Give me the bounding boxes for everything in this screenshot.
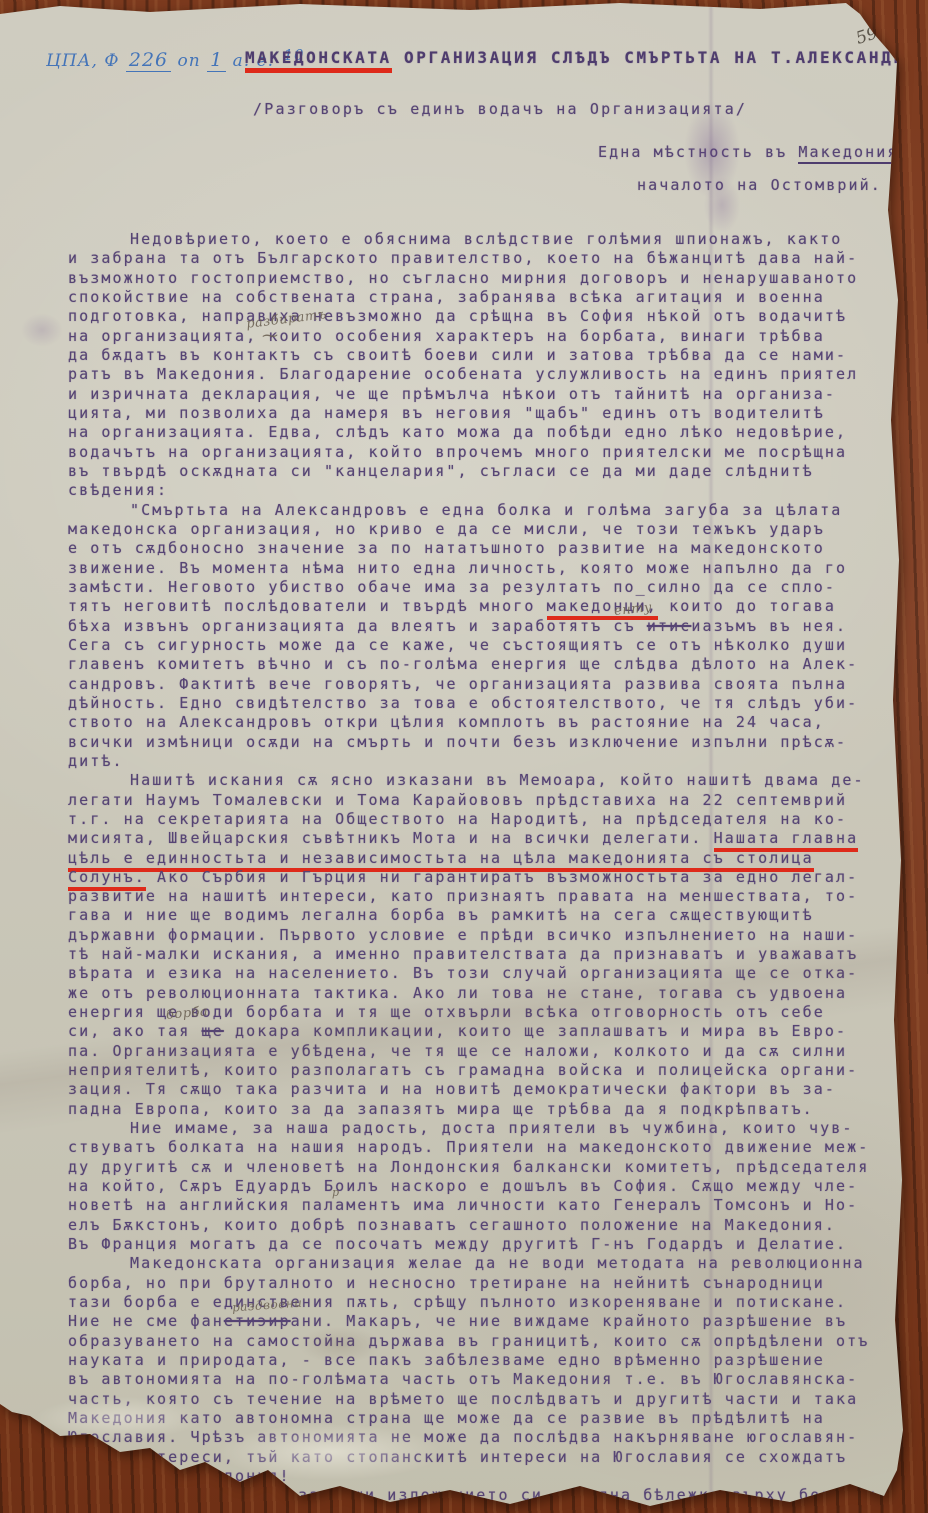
archive-fond-number: 226	[126, 49, 171, 72]
document-line: вѣрата и езика на населението. Въ този с…	[68, 964, 877, 983]
title-underlined-word: МАКЕДОНСКАТА	[245, 48, 392, 73]
document-line-with-red-underline: тятъ неговитѣ послѣдователи и твърдѣ мно…	[68, 597, 877, 616]
document-line: Македонската организация желае да не вод…	[68, 1254, 877, 1273]
title-rest: ОРГАНИЗАЦИЯ СЛѢДЪ СМЪРТЬТА НА Т.АЛЕКСАНД…	[392, 48, 928, 67]
document-line: гава и ние ще водимъ легална борба въ ра…	[68, 906, 877, 925]
document-line: дѣйность. Едно свидѣтелство за това е об…	[68, 694, 877, 713]
archive-stamp-text: ЦПА, Ф	[46, 51, 119, 71]
document-line-with-strikethrough: бѣха извънъ организацията да влеятъ и за…	[68, 617, 877, 636]
document-line: "Смъртьта на Александровъ е една болка и…	[68, 501, 877, 520]
document-line: Югославия. Чрѣзъ автономията не може да …	[68, 1428, 877, 1447]
document-line: звижение. Въ момента нѣма нито една личн…	[68, 559, 877, 578]
document-body: Недовѣрието, което е обяснима вслѣдствие…	[68, 230, 877, 1506]
document-line: Сега съ сигурность може да се каже, че с…	[68, 636, 877, 655]
document-line: ду другитѣ сѫ и членоветѣ на Лондонския …	[68, 1158, 877, 1177]
line-segment: ани. Макаръ, че ние виждаме крайното раз…	[291, 1312, 848, 1330]
line-segment: иазъмъ въ нея.	[691, 617, 847, 635]
dateline-date: началото на Остомврий.	[637, 176, 882, 194]
struck-text: ще	[202, 1022, 224, 1040]
document-line: борба, но при бруталното и несносно трет…	[68, 1274, 877, 1293]
struck-text: итис	[647, 617, 692, 635]
dateline-place-underlined: Македония	[798, 143, 898, 164]
line-segment: Ние не сме фан	[68, 1312, 224, 1330]
document-line: да бѫдатъ въ контактъ съ своитѣ боеви си…	[68, 346, 877, 365]
document-line: развитие на нашитѣ интереси, като призна…	[68, 887, 877, 906]
line-segment: мисията, Швейцарския съвѣтникъ Мота и на…	[68, 829, 714, 847]
document-line: тази борба е единствения пѫть, срѣщу пъл…	[68, 1293, 877, 1312]
dateline-place: Една мѣстность въ Македония	[598, 143, 899, 161]
document-line: скитѣ интереси, тъй като стопанскитѣ инт…	[68, 1448, 877, 1467]
document-line: македонска организация, но криво е да се…	[68, 520, 877, 539]
document-line-with-strikethrough: си, ако тая ще докара компликации, които…	[68, 1022, 877, 1041]
document-line: замѣсти. Неговото убиство обаче има за р…	[68, 578, 877, 597]
document-line: легати Наумъ Томалевски и Тома Карайовов…	[68, 791, 877, 810]
document-line: зация. Тя сѫщо така разчита и на новитѣ …	[68, 1080, 877, 1099]
document-line: новетѣ на английския паламентъ има лично…	[68, 1196, 877, 1215]
document-line: на който, Сѫръ Едуардъ Боилъ наскоро е д…	[68, 1177, 877, 1196]
document-line: водачътъ на организацията, който впрочем…	[68, 443, 877, 462]
document-line: Въ Франция могатъ да се посочатъ между д…	[68, 1235, 877, 1254]
document-line: падна Европа, които за да запазятъ мира …	[68, 1100, 877, 1119]
document-line: неприятелитѣ, които разполагатъ съ грама…	[68, 1061, 877, 1080]
document-line-with-red-underline: цѣль е единностьта и независимостьта на …	[68, 849, 877, 868]
document-line: всички измѣници осѫди на смърть и почти …	[68, 733, 877, 752]
line-segment: си, ако тая	[68, 1022, 202, 1040]
document-title: МАКЕДОНСКАТА ОРГАНИЗАЦИЯ СЛѢДЪ СМЪРТЬТА …	[245, 48, 928, 67]
document-line: Ние имаме, за наша радость, доста прияте…	[68, 1119, 877, 1138]
line-segment: които до тогава	[658, 597, 836, 615]
document-line-with-strikethrough: Ние не сме фанетиэирани. Макаръ, че ние …	[68, 1312, 877, 1331]
line-segment: тятъ неговитѣ послѣдователи и твърдѣ мно…	[68, 597, 547, 615]
document-line: въ автономията на по-голѣмата часть отъ …	[68, 1370, 877, 1389]
document-line: на организацията, които особения характе…	[68, 327, 877, 346]
document-line: Недовѣрието, което е обяснима вслѣдствие…	[68, 230, 877, 249]
line-segment: Ако Сърбия и Гърция ни гарантиратъ възмо…	[146, 868, 858, 886]
line-segment: бѣха извънъ организацията да влеятъ и за…	[68, 617, 647, 635]
document-line: ратъ въ Македония. Благодарение особенат…	[68, 365, 877, 384]
document-line: дитѣ.	[68, 752, 877, 771]
document-line: тѣ най-малки искания, а именно правителс…	[68, 945, 877, 964]
document-line: на организацията. Едва, слѣдъ като можа …	[68, 423, 877, 442]
document-page-wrapper: ЦПА, Ф 226 оп 1 а. е. 10 59 МАКЕДОНСКАТА…	[0, 0, 928, 1513]
document-line: ството на Александровъ откри цѣлия компл…	[68, 713, 877, 732]
document-line: Македония като автономна страна ще може …	[68, 1409, 877, 1428]
archive-opis-label: оп	[178, 51, 201, 71]
pencil-inserted-letter: р	[332, 1186, 340, 1199]
struck-text: етиэир	[224, 1312, 291, 1330]
document-line: е отъ сѫдбоносно значение за по нататъшн…	[68, 539, 877, 558]
document-closing-line: Водачътъ завърши изложението си съ една …	[68, 1486, 877, 1505]
document-line: спокойствие на собствената страна, забра…	[68, 288, 877, 307]
document-line: часть, която съ течение на врѣмето ще по…	[68, 1390, 877, 1409]
document-line: же отъ революционната тактика. Ако ли то…	[68, 984, 877, 1003]
document-line: и забрана та отъ Българското правителств…	[68, 249, 877, 268]
document-line: ствуватъ болката на нашия народъ. Прияте…	[68, 1138, 877, 1157]
document-line: сандровъ. Фактитѣ вече говорятъ, че орга…	[68, 675, 877, 694]
document-line: образуването на самостойна държава въ гр…	[68, 1332, 877, 1351]
document-line: па. Организацията е убѣдена, че тя ще се…	[68, 1042, 877, 1061]
document-line: държавни формации. Първото условие е прѣ…	[68, 926, 877, 945]
document-page: ЦПА, Ф 226 оп 1 а. е. 10 59 МАКЕДОНСКАТА…	[0, 0, 928, 1513]
document-line: т.г. на секретарията на Обществото на На…	[68, 810, 877, 829]
document-line: свѣдения:	[68, 481, 877, 500]
document-line-with-red-underline: Солунъ. Ако Сърбия и Гърция ни гарантира…	[68, 868, 877, 887]
document-line: подготовка, направиха невъзможно да срѣщ…	[68, 307, 877, 326]
document-line: и изричната декларация, че ще прѣмълча н…	[68, 385, 877, 404]
document-line: главенъ комитетъ вѣчно и съ по-голѣма ен…	[68, 655, 877, 674]
document-subtitle: /Разговоръ съ единъ водачъ на Организаци…	[253, 100, 747, 118]
document-line-with-red-underline: мисията, Швейцарския съвѣтникъ Мота и на…	[68, 829, 877, 848]
document-line: елъ Бѫкстонъ, които добрѣ познаватъ сега…	[68, 1216, 877, 1235]
document-line: цията, ми позволиха да намеря въ неговия…	[68, 404, 877, 423]
document-line: възможното гостоприемство, но съгласно м…	[68, 269, 877, 288]
dateline-place-pre: Една мѣстность въ	[598, 143, 798, 161]
line-segment: докара компликации, които ще заплашватъ …	[224, 1022, 847, 1040]
document-line: науката и природата, - все пакъ забѣлезв…	[68, 1351, 877, 1370]
archive-opis-number: 1	[207, 49, 226, 72]
pencil-caret-mark: ⁓	[262, 326, 279, 345]
document-line: съ тия на Македония!	[68, 1467, 877, 1486]
pencil-page-number: 59	[853, 23, 880, 49]
document-line: Нашитѣ искания сѫ ясно изказани въ Мемоа…	[68, 771, 877, 790]
document-line: въ твърдѣ оскѫдната си "канцелария", съг…	[68, 462, 877, 481]
